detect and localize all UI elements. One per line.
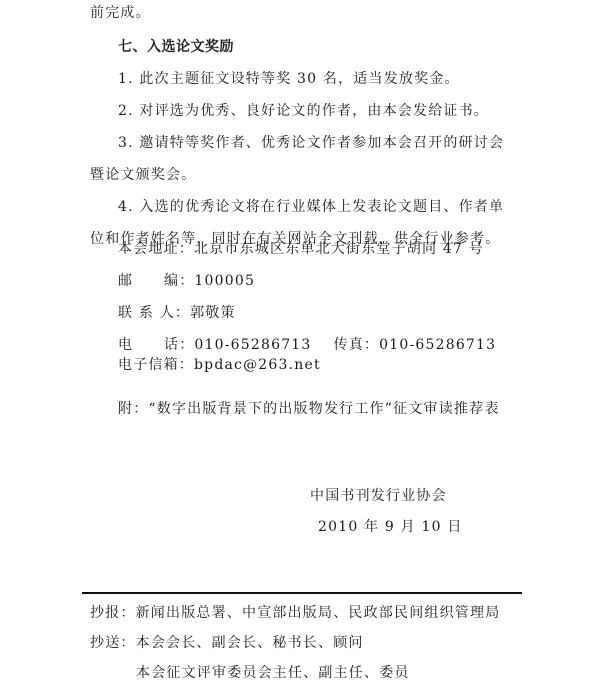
contact-person-value: 郭敬策 (190, 305, 236, 321)
signature-organization: 中国书刊发行业协会 (310, 487, 447, 505)
phone-label-2: 话： (164, 337, 194, 353)
contact-person-label: 联 系 人： (118, 305, 190, 321)
attachment-note: 附：“数字出版背景下的出版物发行工作”征文审读推荐表 (118, 400, 500, 418)
award-item-2: 2. 对评选为优秀、良好论文的作者，由本会发给证书。 (118, 102, 489, 120)
postcode-row: 邮编：100005 (118, 272, 255, 290)
section-heading: 七、入选论文奖励 (118, 38, 234, 56)
signature-date: 2010 年 9 月 10 日 (318, 518, 463, 536)
report-to-row: 抄报：新闻出版总署、中宣部出版局、民政部民间组织管理局 (90, 604, 500, 622)
award-item-4: 4. 入选的优秀论文将在行业媒体上发表论文题目、作者单 (118, 198, 504, 216)
copy-to-row-2: 本会征文评审委员会主任、副主任、委员 (136, 664, 410, 682)
address-row-text: 本会地址：北京市东城区东单北大街东堂子胡同 47 号 (118, 240, 484, 258)
fax-value: 010-65286713 (379, 337, 496, 353)
address-value: 北京市东城区东单北大街东堂子胡同 47 号 (194, 241, 484, 257)
phone-label-1: 电 (118, 336, 164, 354)
postcode-label-2: 编： (164, 273, 194, 289)
copy-to-value-1: 本会会长、副会长、秘书长、顾问 (136, 635, 364, 651)
contact-person-row: 联 系 人：郭敬策 (118, 304, 236, 322)
award-item-3: 3. 邀请特等奖作者、优秀论文作者参加本会召开的研讨会 (118, 134, 504, 152)
continuation-text: 前完成。 (90, 4, 151, 22)
phone-row: 电话：010-65286713传真：010-65286713 (118, 336, 496, 354)
email-row: 电子信箱：bpdac@263.net (118, 356, 321, 374)
postcode-label-1: 邮 (118, 272, 164, 290)
copy-to-row: 抄送：本会会长、副会长、秘书长、顾问 (90, 634, 364, 652)
postcode-value: 100005 (194, 273, 255, 289)
address-label: 本会地址： (118, 241, 194, 257)
award-item-1: 1. 此次主题征文设特等奖 30 名，适当发放奖金。 (118, 70, 460, 88)
divider-rule (82, 592, 522, 594)
email-label: 电子信箱： (118, 357, 194, 373)
report-label: 抄报： (90, 605, 136, 621)
copy-label: 抄送： (90, 635, 136, 651)
fax-label: 传真： (334, 337, 380, 353)
award-item-3-cont: 暨论文颁奖会。 (90, 166, 196, 184)
phone-value: 010-65286713 (194, 337, 311, 353)
report-to-value: 新闻出版总署、中宣部出版局、民政部民间组织管理局 (136, 605, 501, 621)
email-value[interactable]: bpdac@263.net (194, 357, 321, 373)
